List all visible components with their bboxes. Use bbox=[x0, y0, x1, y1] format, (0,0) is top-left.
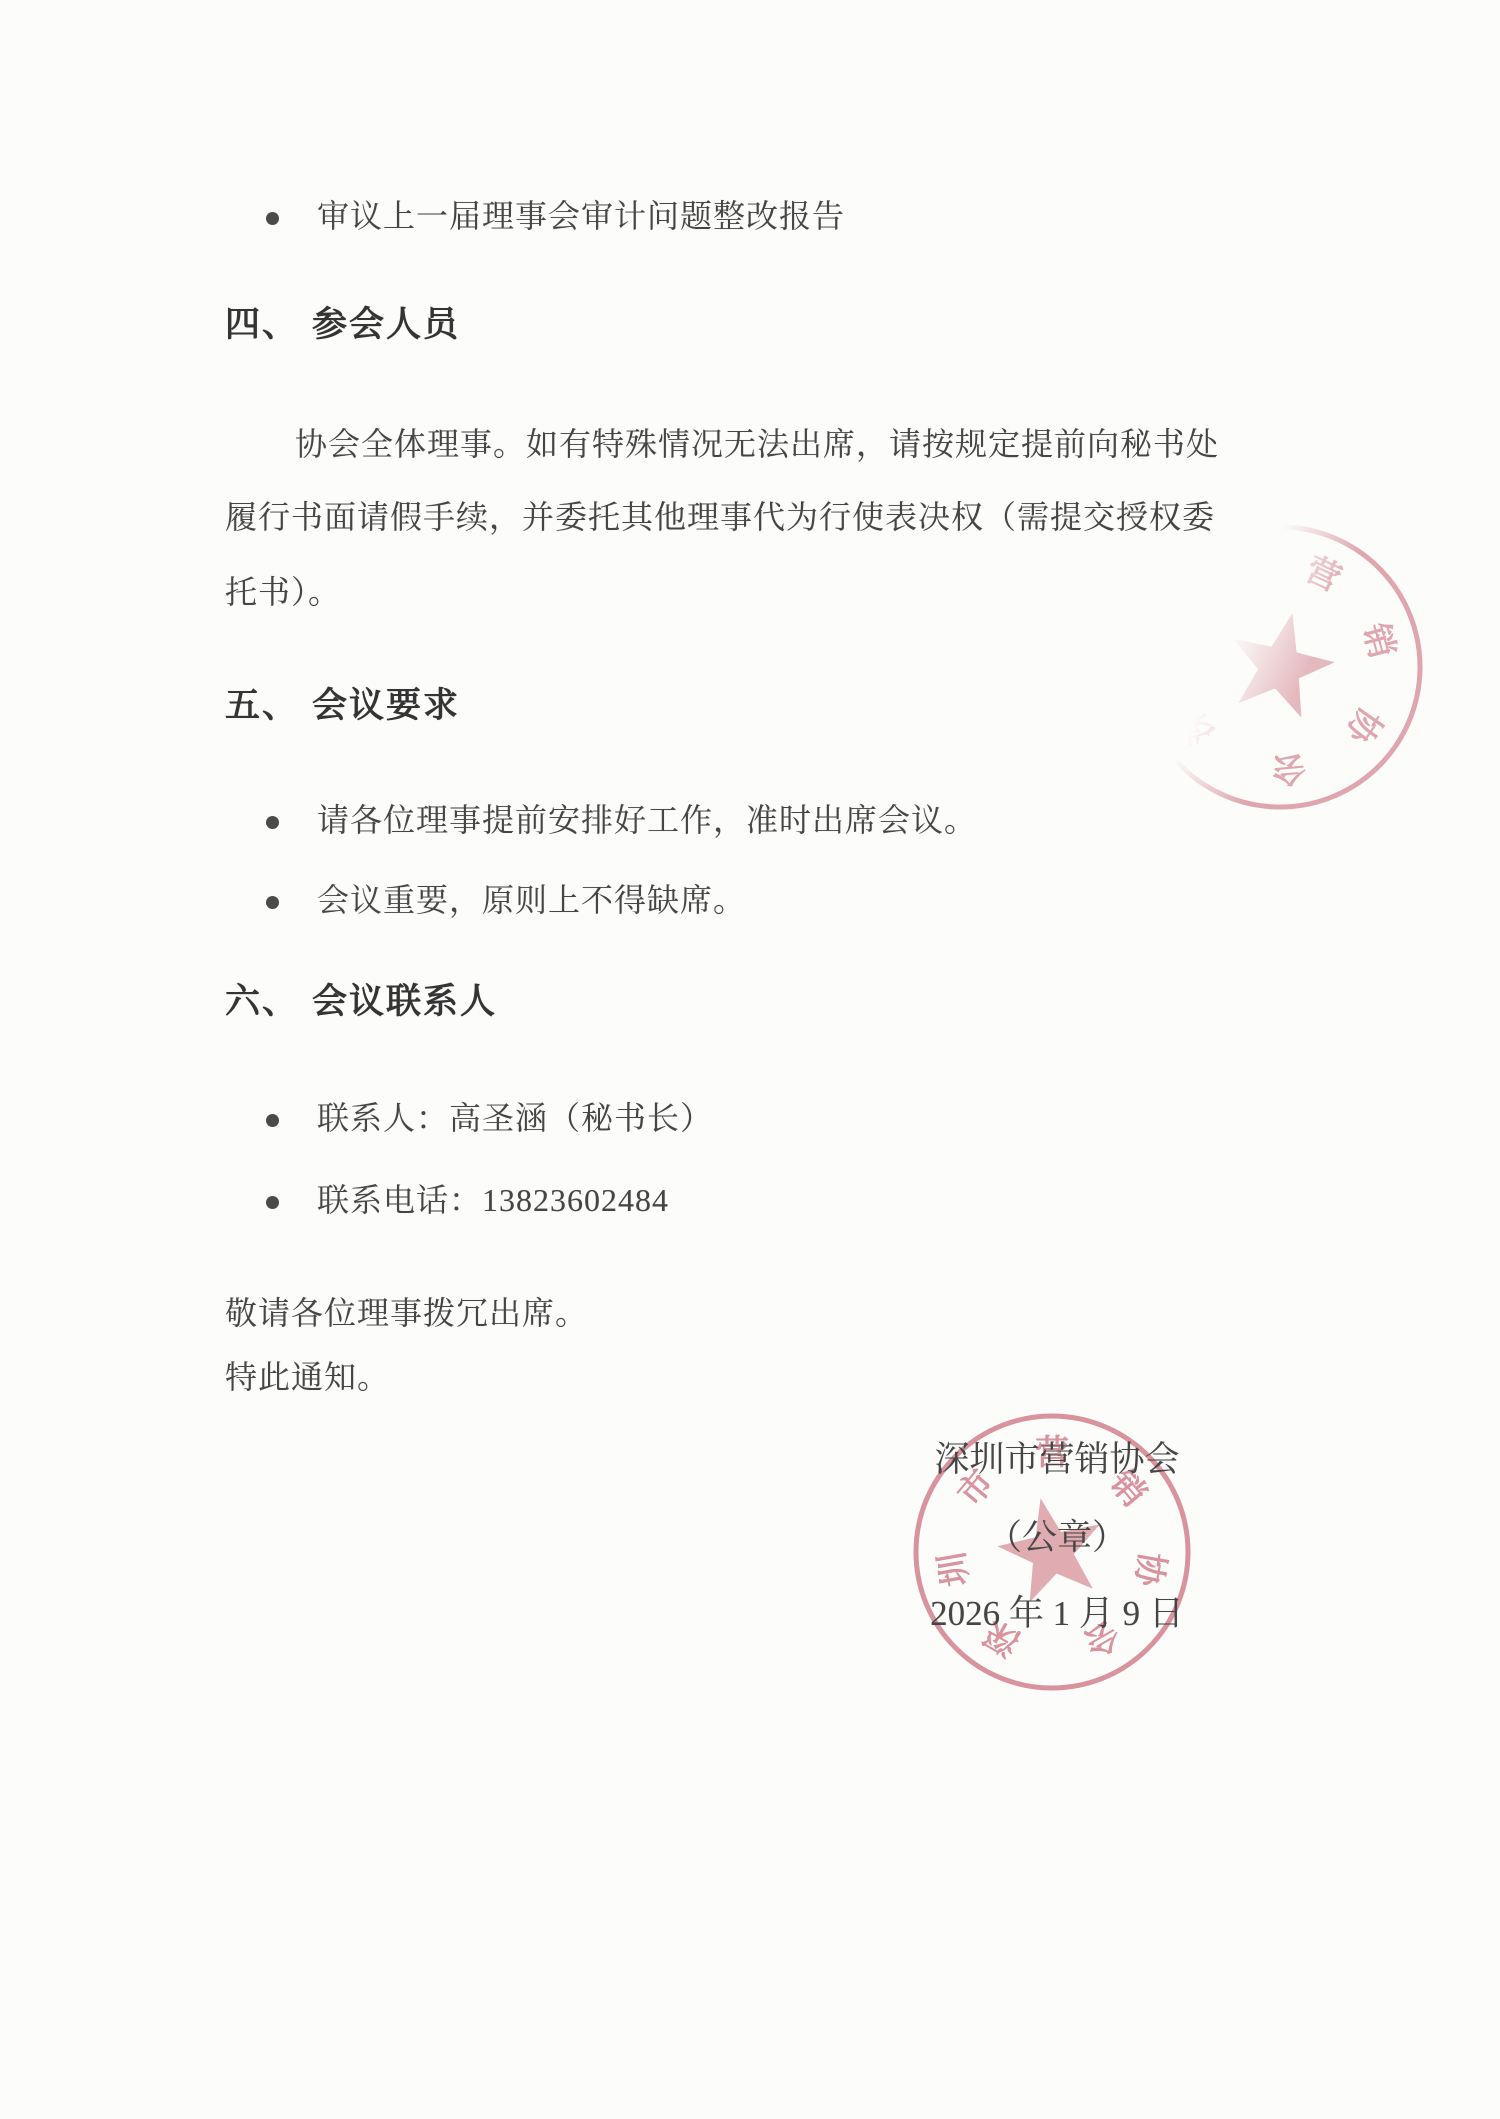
section-6-title: 会议联系人 bbox=[312, 982, 497, 1022]
section-6-number: 六、 bbox=[225, 982, 299, 1022]
bullet-icon bbox=[266, 896, 279, 909]
svg-text:会: 会 bbox=[1270, 748, 1307, 789]
intro-bullet-text: 审议上一届理事会审计问题整改报告 bbox=[317, 196, 845, 236]
scanned-notice-page: 审议上一届理事会审计问题整改报告 四、 参会人员 协会全体理事。如有特殊情况无法… bbox=[0, 0, 1500, 2119]
bullet-icon bbox=[266, 816, 279, 829]
signature-organization: 深圳市营销协会 bbox=[872, 1432, 1242, 1482]
seal-star-icon bbox=[1219, 602, 1343, 722]
partial-seal-stamp: 深 圳 市 营 销 协 会 bbox=[1128, 502, 1448, 832]
section-4-number: 四、 bbox=[225, 305, 299, 345]
list-item: 联系人：高圣涵（秘书长） bbox=[317, 1098, 713, 1138]
signature-seal-label: （公章） bbox=[872, 1510, 1242, 1560]
svg-text:营: 营 bbox=[1300, 550, 1347, 599]
paragraph-line: 托书）。 bbox=[225, 572, 341, 612]
svg-text:销: 销 bbox=[1356, 619, 1402, 662]
bullet-icon bbox=[266, 1114, 279, 1127]
paragraph-line: 协会全体理事。如有特殊情况无法出席，请按规定提前向秘书处 bbox=[295, 424, 1219, 464]
bullet-icon bbox=[266, 1196, 279, 1209]
signature-date: 2026 年 1 月 9 日 bbox=[872, 1586, 1242, 1636]
section-5-title: 会议要求 bbox=[312, 686, 460, 726]
list-item: 联系电话：13823602484 bbox=[317, 1180, 669, 1220]
svg-text:深: 深 bbox=[1171, 701, 1222, 751]
svg-text:协: 协 bbox=[1337, 701, 1389, 752]
svg-text:圳: 圳 bbox=[1159, 619, 1205, 662]
list-item: 请各位理事提前安排好工作，准时出席会议。 bbox=[317, 800, 977, 840]
list-item: 会议重要，原则上不得缺席。 bbox=[317, 880, 746, 920]
paragraph-line: 履行书面请假手续，并委托其他理事代为行使表决权（需提交授权委 bbox=[225, 497, 1215, 537]
section-5-number: 五、 bbox=[225, 686, 299, 726]
closing-line: 特此通知。 bbox=[225, 1357, 390, 1397]
bullet-icon bbox=[266, 212, 279, 225]
section-4-title: 参会人员 bbox=[312, 305, 460, 345]
svg-text:市: 市 bbox=[1213, 550, 1260, 599]
closing-line: 敬请各位理事拨冗出席。 bbox=[225, 1293, 588, 1333]
